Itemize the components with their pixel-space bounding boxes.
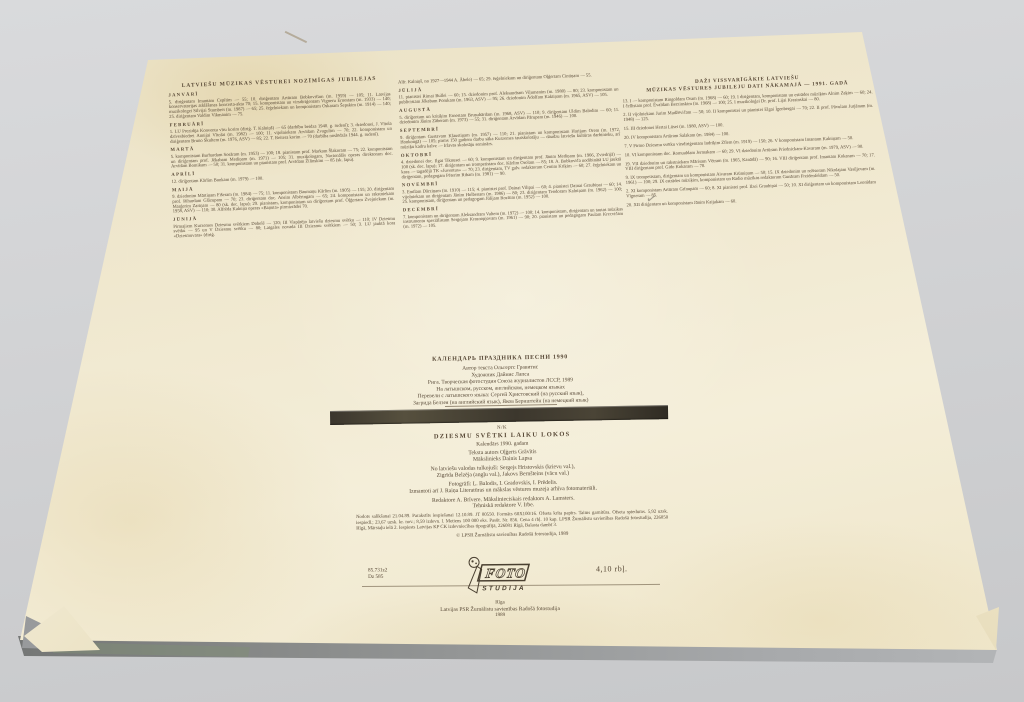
catalog-number-line2: Dz 585 (368, 573, 468, 580)
month-section: NOVEMBRĪ 3. Emīlam Dārziņam (m. 1910) — … (402, 175, 623, 204)
logo-wordmark: FOTO (484, 565, 527, 580)
jubilee-column-left: LATVIEŠU MŪZIKAS VĒSTUREI NOZĪMĪGAS JUBI… (168, 75, 396, 239)
month-section: FEBRUĀRĪ 1. LU Prezidija Konventa vīru k… (169, 115, 392, 144)
jubilee-column-middle: Alfr. Kalniņš, no 1927—1944 A. Ābele) — … (398, 72, 623, 229)
russian-credits-block: КАЛЕНДАРЬ ПРАЗДНИКА ПЕСНИ 1990 Автор тек… (330, 351, 671, 408)
month-section: SEPTEMBRĪ 9. diriģentam Gustavam Klausti… (400, 121, 621, 150)
imprint-block: Nodots salikšanai 21.04.89. Parakstīts i… (356, 509, 668, 540)
photo-frame: { "colors":{ "background_gray":"#cfd0d2"… (0, 0, 1024, 702)
foto-studija-logo-graphic: FOTO STUDIJA (462, 554, 532, 597)
publisher-footer: Rīga Latvijas PSR Žurnālistu savienības … (330, 598, 670, 620)
month-section: JANVĀRĪ 5. diriģentam Imantam Cepītim — … (168, 85, 391, 119)
next-year-column: DAŽI VISSVARĪGĀKIE LATVIEŠU MŪZIKAS VĒST… (622, 72, 877, 212)
price: 4,10 rbļ. (596, 565, 627, 574)
top-edge-crease (285, 31, 307, 43)
foto-studija-logo: FOTO STUDIJA (462, 554, 532, 599)
catalog-number: 85.731z2 Dz 585 (368, 566, 468, 580)
logo-nib-dot (471, 560, 473, 562)
latvian-credits-block: N/K DZIESMU SVĒTKI LAIKU LOKOS Kalendārs… (312, 421, 693, 511)
month-section: MAIJĀ 9. dziedonim Mārtiņam Fišeram (m. … (172, 180, 395, 214)
month-section: OKTOBRĪ 4. dziedonei doc. Ilgai Tiknusei… (401, 146, 622, 180)
logo-nib-dot (475, 563, 477, 565)
month-section: MARTĀ 5. komponistam Burhardam Sosāram (… (170, 140, 393, 169)
logo-subtext: STUDIJA (482, 585, 526, 592)
